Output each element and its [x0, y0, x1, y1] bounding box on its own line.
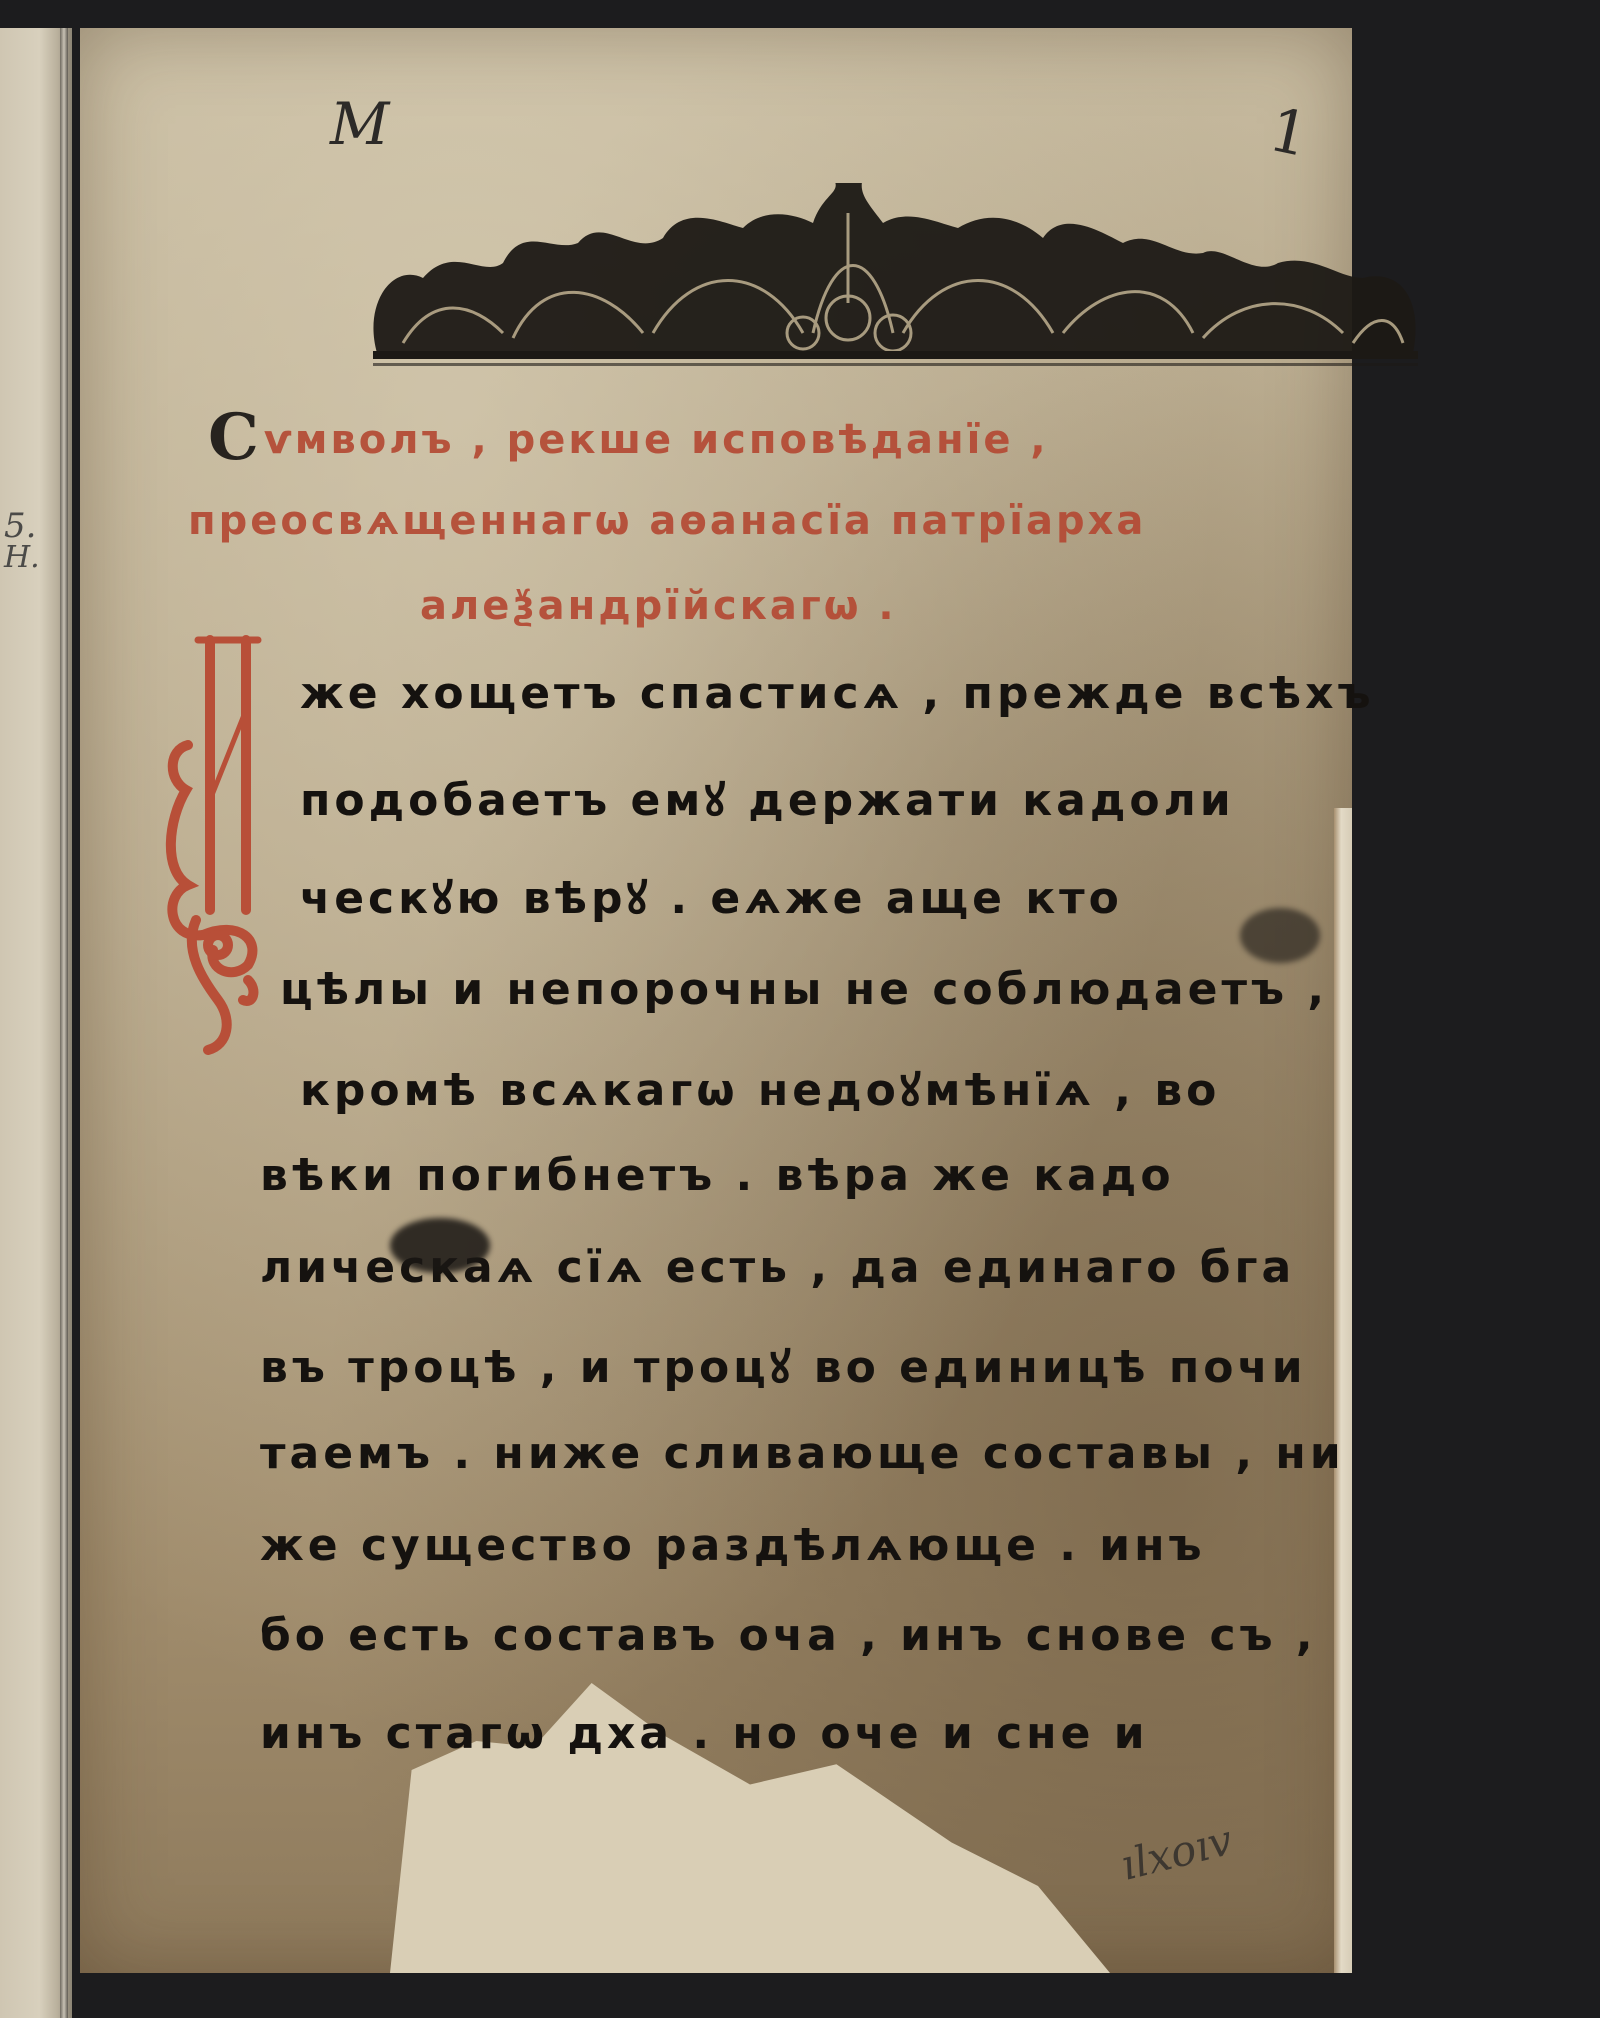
paper-repair-strip — [1334, 808, 1352, 1973]
body-line-3: ческꙋю вѣрꙋ . еѧже аще кто — [300, 866, 1123, 926]
title-line-2: преосвѧщеннагѡ аѳанасїа патрїарха — [188, 498, 1146, 544]
body-line-11: бо есть составъ оча , инъ снове съ , — [260, 1610, 1317, 1661]
body-line-4: цѣлы и непорочны не соблюдаетъ , — [280, 964, 1328, 1015]
body-line-12: инъ стагѡ дха . но оче и сне и — [260, 1708, 1149, 1759]
adjacent-leaf-edge: 5. Н. — [0, 28, 72, 2018]
handwritten-note-m: М — [330, 90, 389, 158]
binding-edge — [60, 28, 68, 2018]
body-line-2: подобаетъ емꙋ держати кадоли — [300, 768, 1235, 828]
handwritten-note-bottom: ılxoıv — [1116, 1815, 1237, 1890]
woodcut-headpiece-ornament — [363, 183, 1428, 373]
ink-smudge — [1240, 908, 1320, 963]
ink-smudge — [390, 1218, 490, 1273]
body-line-1: же хощетъ спастисѧ , прежде всѣхъ — [300, 668, 1375, 719]
title-line-3: алеѯандрїйскагѡ . — [420, 583, 897, 629]
title-initial: С — [208, 400, 262, 475]
red-drop-cap-initial — [148, 620, 263, 1060]
book-page: М 1 Сѵмволъ , рекше исповѣданїе , преосв… — [80, 28, 1352, 1973]
body-line-6: вѣки погибнетъ . вѣра же кадо — [260, 1150, 1175, 1201]
body-line-10: же существо раздѣлѧюще . инъ — [260, 1520, 1206, 1571]
body-line-9: таемъ . ниже сливающе составы , ни — [260, 1428, 1345, 1479]
title-line-1: Сѵмволъ , рекше исповѣданїе , — [208, 400, 1049, 475]
pencil-note-lower: Н. — [4, 540, 40, 575]
body-line-5: кромѣ всѧкагѡ недоꙋмѣнїѧ , во — [300, 1058, 1220, 1118]
title-line-1-text: ѵмволъ , рекше исповѣданїе , — [264, 417, 1049, 463]
folio-number: 1 — [1263, 95, 1315, 171]
body-line-8: въ троцѣ , и троцꙋ во единицѣ почи — [260, 1335, 1307, 1395]
